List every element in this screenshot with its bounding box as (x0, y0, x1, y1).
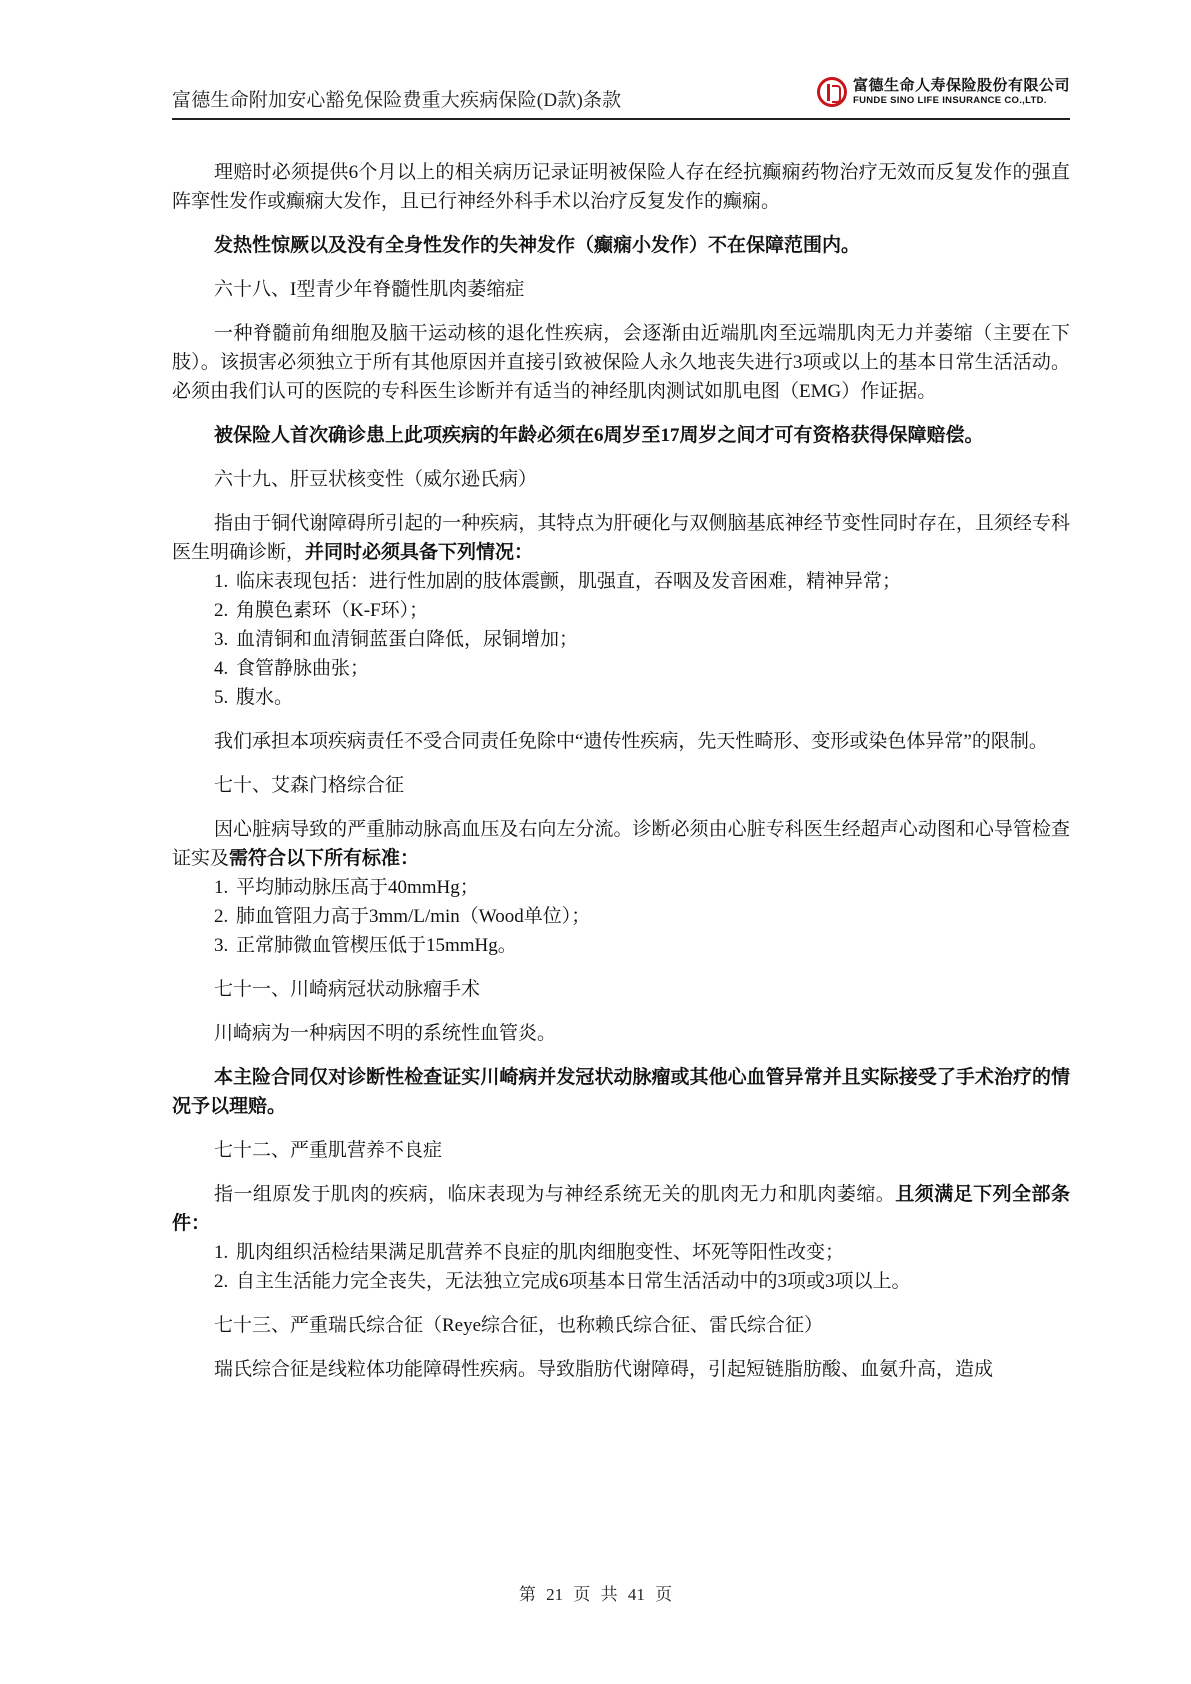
company-logo: 富德生命人寿保险股份有限公司 FUNDE SINO LIFE INSURANCE… (817, 74, 1070, 110)
company-name-cn: 富德生命人寿保险股份有限公司 (853, 78, 1070, 93)
list-item: 1.临床表现包括：进行性加剧的肢体震颤，肌强直，吞咽及发音困难，精神异常； (172, 567, 1070, 596)
list-item-text: 平均肺动脉压高于40mmHg； (236, 877, 479, 898)
section-71-note: 本主险合同仅对诊断性检查证实川崎病并发冠状动脉瘤或其他心血管异常并且实际接受了手… (172, 1063, 1070, 1121)
list-item: 2.肺血管阻力高于3mm/L/min（Wood单位）； (172, 902, 1070, 931)
list-item-text: 临床表现包括：进行性加剧的肢体震颤，肌强直，吞咽及发音困难，精神异常； (236, 571, 901, 592)
list-item-number: 5. (214, 683, 236, 712)
list-item-number: 2. (214, 596, 236, 625)
list-item-text: 肺血管阻力高于3mm/L/min（Wood单位）； (236, 906, 590, 927)
list-item: 1.肌肉组织活检结果满足肌营养不良症的肌肉细胞变性、坏死等阳性改变； (172, 1238, 1070, 1267)
page-header: 富德生命附加安心豁免保险费重大疾病保险(D款)条款 富德生命人寿保险股份有限公司… (172, 70, 1070, 120)
list-item: 2.角膜色素环（K-F环）； (172, 596, 1070, 625)
paragraph-epilepsy-exclusion: 发热性惊厥以及没有全身性发作的失神发作（癫痫小发作）不在保障范围内。 (172, 231, 1070, 260)
list-item: 3.正常肺微血管楔压低于15mmHg。 (172, 931, 1070, 960)
section-71-body: 川崎病为一种病因不明的系统性血管炎。 (172, 1019, 1070, 1048)
list-item-text: 肌肉组织活检结果满足肌营养不良症的肌肉细胞变性、坏死等阳性改变； (236, 1242, 844, 1263)
page-number: 第 21 页 共 41 页 (0, 1580, 1191, 1605)
list-item: 5.腹水。 (172, 683, 1070, 712)
section-69-note: 我们承担本项疾病责任不受合同责任免除中“遗传性疾病，先天性畸形、变形或染色体异常… (172, 727, 1070, 756)
list-item-text: 食管静脉曲张； (236, 658, 369, 679)
section-72-body: 指一组原发于肌肉的疾病，临床表现为与神经系统无关的肌肉无力和肌肉萎缩。且须满足下… (172, 1180, 1070, 1238)
list-item-text: 正常肺微血管楔压低于15mmHg。 (236, 935, 517, 956)
section-70-body-bold: 需符合以下所有标准： (229, 848, 419, 869)
company-logo-icon (817, 77, 847, 107)
list-item-text: 角膜色素环（K-F环）； (236, 600, 428, 621)
list-item-number: 4. (214, 654, 236, 683)
section-69-body: 指由于铜代谢障碍所引起的一种疾病，其特点为肝硬化与双侧脑基底神经节变性同时存在，… (172, 509, 1070, 567)
company-logo-text: 富德生命人寿保险股份有限公司 FUNDE SINO LIFE INSURANCE… (853, 78, 1070, 106)
list-item: 2.自主生活能力完全丧失，无法独立完成6项基本日常生活活动中的3项或3项以上。 (172, 1267, 1070, 1296)
list-item-number: 1. (214, 1238, 236, 1267)
list-item-text: 自主生活能力完全丧失，无法独立完成6项基本日常生活活动中的3项或3项以上。 (236, 1271, 911, 1292)
section-heading-69: 六十九、肝豆状核变性（威尔逊氏病） (172, 465, 1070, 494)
list-item-number: 2. (214, 1267, 236, 1296)
section-69-list: 1.临床表现包括：进行性加剧的肢体震颤，肌强直，吞咽及发音困难，精神异常； 2.… (172, 567, 1070, 712)
list-item-number: 1. (214, 567, 236, 596)
list-item-number: 2. (214, 902, 236, 931)
section-68-body: 一种脊髓前角细胞及脑干运动核的退化性疾病，会逐渐由近端肌肉至远端肌肉无力并萎缩（… (172, 319, 1070, 406)
list-item: 4.食管静脉曲张； (172, 654, 1070, 683)
document-body: 理赔时必须提供6个月以上的相关病历记录证明被保险人存在经抗癫痫药物治疗无效而反复… (172, 158, 1070, 1399)
list-item-text: 腹水。 (236, 687, 293, 708)
list-item: 1.平均肺动脉压高于40mmHg； (172, 873, 1070, 902)
section-69-body-bold: 并同时必须具备下列情况： (305, 542, 533, 563)
section-heading-73: 七十三、严重瑞氏综合征（Reye综合征，也称赖氏综合征、雷氏综合征） (172, 1311, 1070, 1340)
section-heading-71: 七十一、川崎病冠状动脉瘤手术 (172, 975, 1070, 1004)
list-item-number: 3. (214, 625, 236, 654)
section-72-body-text: 指一组原发于肌肉的疾病，临床表现为与神经系统无关的肌肉无力和肌肉萎缩。 (214, 1184, 895, 1205)
section-68-note: 被保险人首次确诊患上此项疾病的年龄必须在6周岁至17周岁之间才可有资格获得保障赔… (172, 421, 1070, 450)
section-70-body: 因心脏病导致的严重肺动脉高血压及右向左分流。诊断必须由心脏专科医生经超声心动图和… (172, 815, 1070, 873)
list-item: 3.血清铜和血清铜蓝蛋白降低，尿铜增加； (172, 625, 1070, 654)
section-70-list: 1.平均肺动脉压高于40mmHg； 2.肺血管阻力高于3mm/L/min（Woo… (172, 873, 1070, 960)
section-heading-70: 七十、艾森门格综合征 (172, 771, 1070, 800)
document-title: 富德生命附加安心豁免保险费重大疾病保险(D款)条款 (172, 85, 621, 112)
list-item-number: 1. (214, 873, 236, 902)
section-72-list: 1.肌肉组织活检结果满足肌营养不良症的肌肉细胞变性、坏死等阳性改变； 2.自主生… (172, 1238, 1070, 1296)
list-item-text: 血清铜和血清铜蓝蛋白降低，尿铜增加； (236, 629, 578, 650)
section-73-body: 瑞氏综合征是线粒体功能障碍性疾病。导致脂肪代谢障碍，引起短链脂肪酸、血氨升高，造… (172, 1355, 1070, 1384)
section-heading-68: 六十八、I型青少年脊髓性肌肉萎缩症 (172, 275, 1070, 304)
section-heading-72: 七十二、严重肌营养不良症 (172, 1136, 1070, 1165)
list-item-number: 3. (214, 931, 236, 960)
company-name-en: FUNDE SINO LIFE INSURANCE CO.,LTD. (853, 96, 1070, 106)
paragraph-epilepsy-claim: 理赔时必须提供6个月以上的相关病历记录证明被保险人存在经抗癫痫药物治疗无效而反复… (172, 158, 1070, 216)
